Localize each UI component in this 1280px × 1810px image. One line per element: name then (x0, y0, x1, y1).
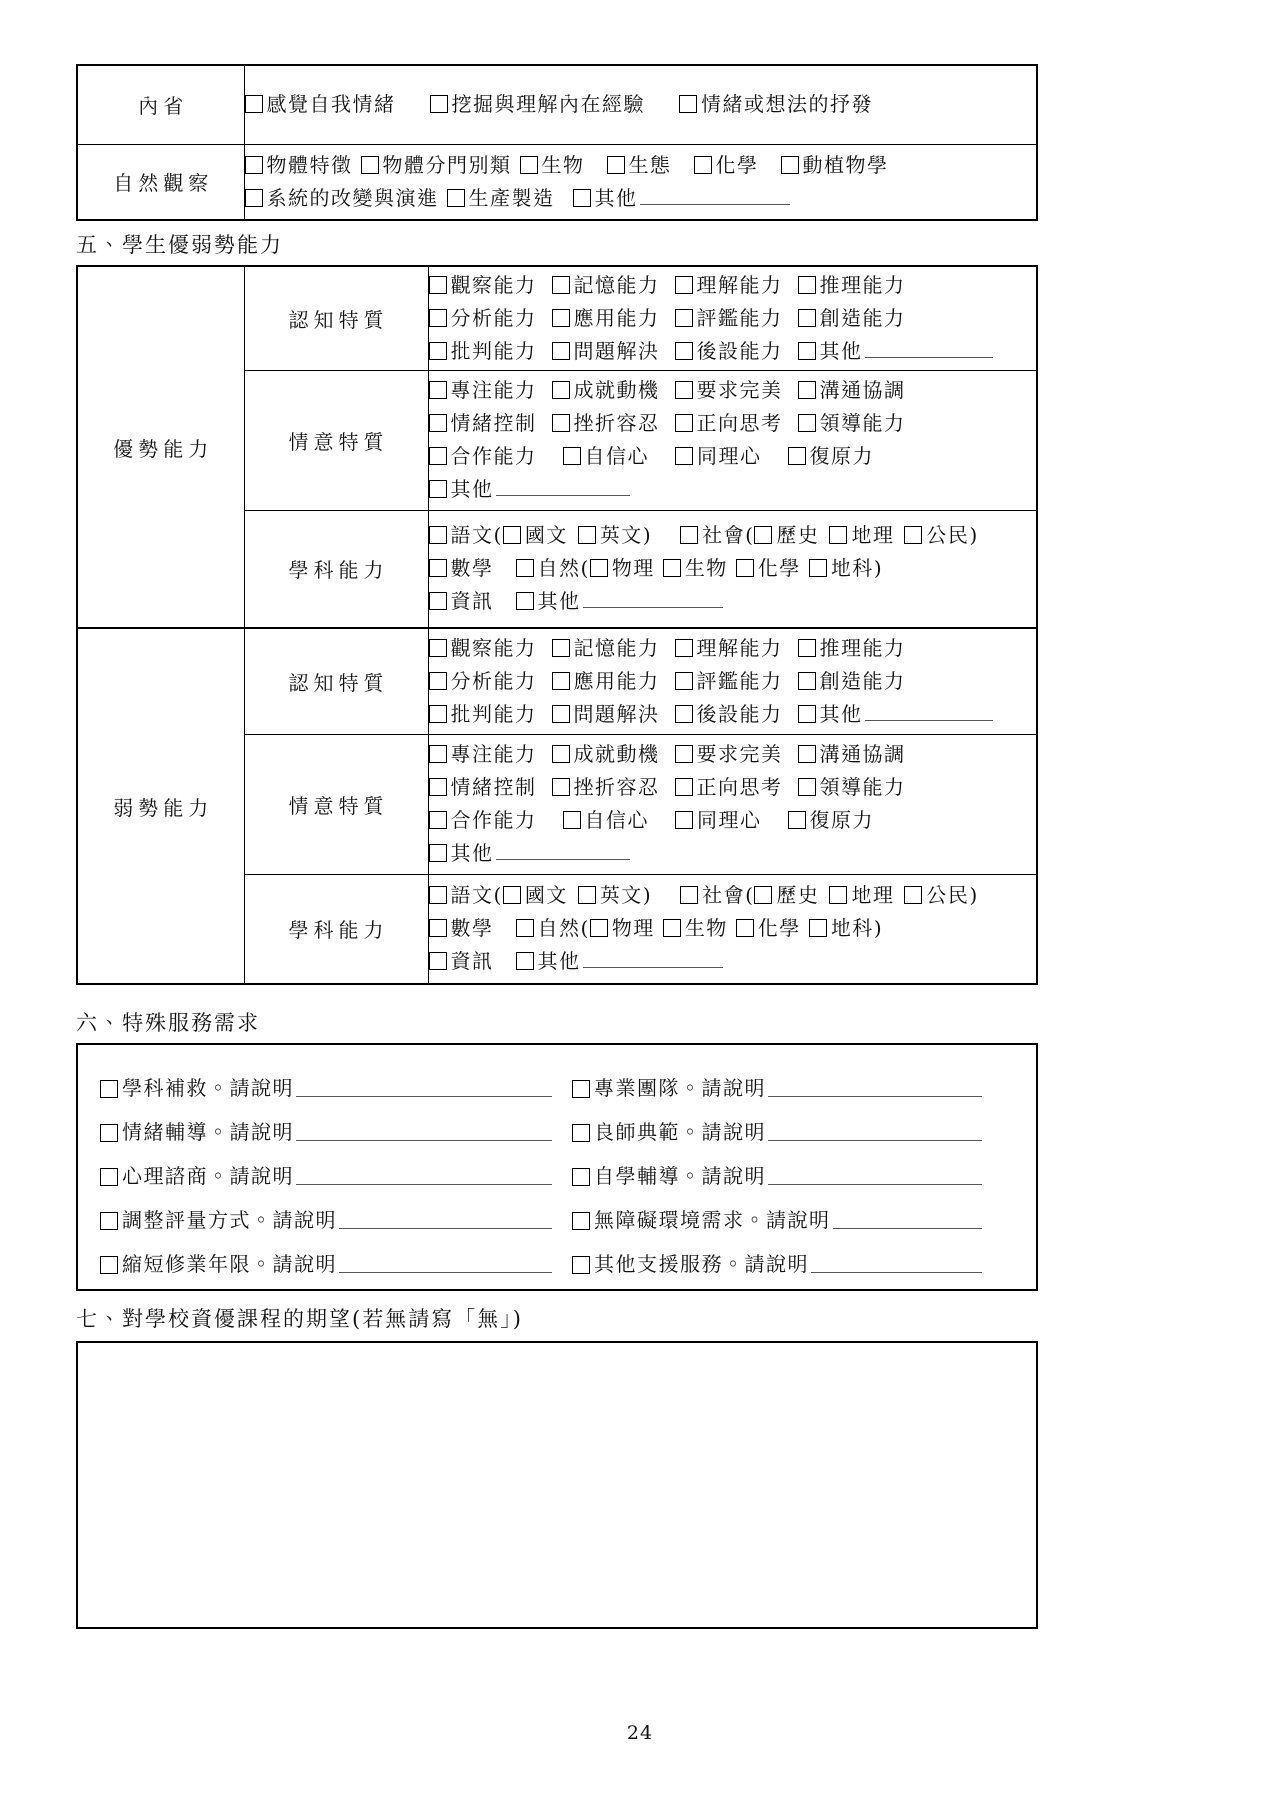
checkbox[interactable] (573, 189, 591, 207)
checkbox[interactable] (552, 745, 570, 763)
checkbox-label: 歷史 (776, 883, 819, 907)
section-title-strength-weakness: 五、學生優弱勢能力 (76, 231, 1038, 259)
fill-in-line[interactable] (811, 1272, 982, 1273)
checkbox[interactable] (520, 156, 538, 174)
service-row: 心理諮商。請說明自學輔導。請說明 (100, 1145, 982, 1189)
checkbox-label: 專業團隊。請說明 (594, 1075, 766, 1101)
checkbox[interactable] (429, 480, 447, 498)
checkbox[interactable] (429, 381, 447, 399)
checkbox-option: 合作能力 (429, 804, 537, 837)
checkbox[interactable] (663, 559, 681, 577)
checkbox-label: 要求完美 (697, 378, 783, 402)
checkbox-option: 同理心 (675, 440, 762, 473)
section-title-special-services: 六、特殊服務需求 (76, 1009, 1038, 1037)
option-line: 數學自然(物理生物化學地科) (429, 552, 1037, 585)
checkbox[interactable] (675, 414, 693, 432)
checkbox-label: 語文 (451, 523, 494, 547)
checkbox[interactable] (798, 414, 816, 432)
checkbox[interactable] (809, 919, 827, 937)
checkbox-label: 成就動機 (574, 378, 660, 402)
checkbox-option: 物體特徵 (245, 149, 353, 182)
checkbox[interactable] (429, 919, 447, 937)
checkbox-option: 自信心 (563, 440, 650, 473)
checkbox-label: 復原力 (810, 808, 875, 832)
checkbox-option: 公民 (904, 879, 969, 912)
checkbox[interactable] (679, 95, 697, 113)
checkbox-label: 自信心 (585, 808, 650, 832)
checkbox[interactable] (572, 1080, 590, 1098)
checkbox[interactable] (590, 919, 608, 937)
checkbox[interactable] (429, 559, 447, 577)
checkbox-option: 評鑑能力 (675, 665, 798, 698)
checkbox-label: 物理 (612, 556, 655, 580)
options-cell: 語文(國文英文)社會(歷史地理公民)數學自然(物理生物化學地科)資訊其他 (428, 510, 1037, 628)
checkbox-option: 物理 (590, 912, 655, 945)
checkbox-option: 歷史 (754, 879, 819, 912)
checkbox[interactable] (429, 672, 447, 690)
checkbox-label: 正向思考 (697, 411, 783, 435)
paren-text: ) (874, 552, 883, 585)
checkbox-label: 其他 (538, 949, 581, 973)
checkbox-label: 記憶能力 (574, 636, 660, 660)
checkbox-option: 生態 (607, 149, 672, 182)
fill-in-line[interactable] (339, 1228, 552, 1229)
checkbox[interactable] (736, 919, 754, 937)
paren-text: ( (581, 912, 590, 945)
checkbox-label: 國文 (525, 523, 568, 547)
fill-in-line[interactable] (640, 190, 790, 205)
checkbox[interactable] (429, 276, 447, 294)
checkbox[interactable] (503, 886, 521, 904)
checkbox-label: 領導能力 (820, 775, 906, 799)
checkbox-label: 資訊 (451, 589, 494, 613)
checkbox-option: 復原力 (788, 804, 875, 837)
checkbox[interactable] (829, 526, 847, 544)
checkbox-label: 其他 (451, 841, 494, 865)
checkbox-label: 情緒控制 (451, 411, 537, 435)
option-line: 資訊其他 (429, 945, 1037, 978)
checkbox[interactable] (245, 189, 263, 207)
fill-in-line[interactable] (833, 1228, 983, 1229)
checkbox[interactable] (100, 1080, 118, 1098)
checkbox-label: 問題解決 (574, 702, 660, 726)
checkbox-option: 語文 (429, 519, 494, 552)
checkbox[interactable] (429, 952, 447, 970)
checkbox-label: 化學 (758, 556, 801, 580)
checkbox[interactable] (829, 886, 847, 904)
option-line: 專注能力成就動機要求完美溝通協調 (429, 738, 1037, 771)
checkbox-label: 其他 (538, 589, 581, 613)
checkbox-label: 專注能力 (451, 378, 537, 402)
checkbox[interactable] (675, 745, 693, 763)
option-line: 情緒控制挫折容忍正向思考領導能力 (429, 407, 1037, 440)
paren-text: ( (745, 519, 754, 552)
row-header: 自然觀察 (77, 144, 244, 220)
checkbox-label: 領導能力 (820, 411, 906, 435)
checkbox-option: 數學 (429, 912, 494, 945)
row-header: 情意特質 (244, 370, 428, 510)
option-line: 批判能力問題解決後設能力其他 (429, 698, 1037, 731)
checkbox-option: 其他 (573, 182, 790, 215)
checkbox-label: 批判能力 (451, 339, 537, 363)
checkbox[interactable] (552, 276, 570, 294)
checkbox-option: 語文 (429, 879, 494, 912)
service-option: 調整評量方式。請說明 (100, 1189, 552, 1233)
checkbox-option: 其他 (516, 945, 723, 978)
checkbox[interactable] (680, 886, 698, 904)
checkbox-label: 應用能力 (574, 669, 660, 693)
form-page: 內省感覺自我情緒挖掘與理解內在經驗情緒或想法的抒發自然觀察物體特徵物體分門別類生… (0, 0, 1280, 1810)
paren-text: ( (494, 519, 503, 552)
checkbox[interactable] (429, 639, 447, 657)
checkbox[interactable] (429, 705, 447, 723)
checkbox[interactable] (675, 639, 693, 657)
checkbox[interactable] (572, 1168, 590, 1186)
checkbox-label: 理解能力 (697, 636, 783, 660)
checkbox-option: 記憶能力 (552, 632, 675, 665)
checkbox-option: 成就動機 (552, 374, 675, 407)
checkbox[interactable] (798, 705, 816, 723)
checkbox-label: 理解能力 (697, 273, 783, 297)
checkbox[interactable] (552, 309, 570, 327)
checkbox[interactable] (798, 381, 816, 399)
checkbox-label: 其他 (451, 477, 494, 501)
checkbox-label: 社會 (702, 883, 745, 907)
checkbox[interactable] (516, 952, 534, 970)
checkbox-label: 生物 (685, 916, 728, 940)
service-row: 學科補救。請說明專業團隊。請說明 (100, 1057, 982, 1101)
checkbox-option: 生物 (663, 552, 728, 585)
checkbox-label: 評鑑能力 (697, 306, 783, 330)
checkbox[interactable] (552, 672, 570, 690)
checkbox-option: 其他 (798, 698, 993, 731)
checkbox[interactable] (754, 886, 772, 904)
fill-in-line[interactable] (296, 1184, 552, 1185)
checkbox-option: 數學 (429, 552, 494, 585)
checkbox-option: 化學 (736, 552, 801, 585)
checkbox-option: 其他 (429, 837, 630, 870)
checkbox[interactable] (675, 811, 693, 829)
checkbox[interactable] (552, 778, 570, 796)
checkbox[interactable] (680, 526, 698, 544)
checkbox-label: 要求完美 (697, 742, 783, 766)
row-header: 學科能力 (244, 874, 428, 984)
checkbox-label: 溝通協調 (820, 742, 906, 766)
checkbox-option: 地理 (829, 879, 894, 912)
checkbox-option: 感覺自我情緒 (245, 88, 396, 121)
checkbox[interactable] (578, 526, 596, 544)
checkbox[interactable] (798, 672, 816, 690)
checkbox-option: 其他 (798, 335, 993, 368)
checkbox-option: 領導能力 (798, 771, 906, 804)
checkbox-option: 自然 (516, 552, 581, 585)
checkbox[interactable] (100, 1168, 118, 1186)
checkbox-option: 情緒控制 (429, 407, 552, 440)
checkbox-option: 英文 (578, 519, 643, 552)
service-row: 縮短修業年限。請說明其他支援服務。請說明 (100, 1233, 982, 1277)
row-header: 內省 (77, 65, 244, 144)
checkbox[interactable] (361, 156, 379, 174)
paren-text: ) (969, 519, 978, 552)
checkbox[interactable] (590, 559, 608, 577)
checkbox-label: 學科補救。請說明 (122, 1075, 294, 1101)
checkbox-label: 自然 (538, 556, 581, 580)
fill-in-line[interactable] (768, 1096, 982, 1097)
checkbox-label: 情緒或想法的抒發 (701, 92, 873, 116)
expectations-writein-box[interactable] (76, 1341, 1038, 1629)
checkbox[interactable] (430, 95, 448, 113)
checkbox[interactable] (429, 745, 447, 763)
checkbox-option: 評鑑能力 (675, 302, 798, 335)
checkbox-option: 合作能力 (429, 440, 537, 473)
checkbox-option: 生物 (520, 149, 585, 182)
checkbox[interactable] (904, 526, 922, 544)
checkbox[interactable] (663, 919, 681, 937)
service-option: 專業團隊。請說明 (572, 1057, 982, 1101)
checkbox-label: 批判能力 (451, 702, 537, 726)
checkbox[interactable] (552, 639, 570, 657)
option-line: 分析能力應用能力評鑑能力創造能力 (429, 302, 1037, 335)
page-number: 24 (0, 1722, 1280, 1744)
fill-in-line[interactable] (865, 343, 993, 358)
checkbox[interactable] (552, 414, 570, 432)
fill-in-line[interactable] (865, 706, 993, 721)
fill-in-line[interactable] (496, 845, 630, 860)
checkbox-label: 歷史 (776, 523, 819, 547)
checkbox-label: 正向思考 (697, 775, 783, 799)
checkbox-option: 自信心 (563, 804, 650, 837)
service-row: 情緒輔導。請說明良師典範。請說明 (100, 1101, 982, 1145)
checkbox[interactable] (245, 156, 263, 174)
checkbox-label: 縮短修業年限。請說明 (122, 1251, 337, 1277)
checkbox[interactable] (675, 342, 693, 360)
checkbox[interactable] (563, 811, 581, 829)
checkbox-option: 創造能力 (798, 665, 906, 698)
checkbox-label: 復原力 (810, 444, 875, 468)
checkbox-label: 分析能力 (451, 306, 537, 330)
checkbox-option: 英文 (578, 879, 643, 912)
checkbox[interactable] (516, 592, 534, 610)
checkbox[interactable] (809, 559, 827, 577)
fill-in-line[interactable] (583, 953, 723, 968)
checkbox[interactable] (675, 276, 693, 294)
checkbox[interactable] (675, 672, 693, 690)
checkbox[interactable] (781, 156, 799, 174)
checkbox[interactable] (100, 1256, 118, 1274)
checkbox[interactable] (736, 559, 754, 577)
checkbox[interactable] (798, 639, 816, 657)
checkbox[interactable] (516, 559, 534, 577)
checkbox-option: 公民 (904, 519, 969, 552)
checkbox[interactable] (552, 381, 570, 399)
paren-text: ) (969, 879, 978, 912)
checkbox[interactable] (798, 745, 816, 763)
checkbox-label: 良師典範。請說明 (594, 1119, 766, 1145)
option-line: 合作能力自信心同理心復原力 (429, 440, 1037, 473)
options-cell: 感覺自我情緒挖掘與理解內在經驗情緒或想法的抒發 (244, 65, 1037, 144)
checkbox[interactable] (429, 414, 447, 432)
checkbox-label: 物理 (612, 916, 655, 940)
checkbox-label: 合作能力 (451, 444, 537, 468)
table-row: 優勢能力認知特質觀察能力記憶能力理解能力推理能力分析能力應用能力評鑑能力創造能力… (77, 266, 1037, 370)
checkbox-label: 地理 (851, 883, 894, 907)
checkbox-option: 正向思考 (675, 407, 798, 440)
checkbox-label: 系統的改變與演進 (267, 186, 439, 210)
fill-in-line[interactable] (296, 1140, 552, 1141)
checkbox[interactable] (675, 447, 693, 465)
options-cell: 物體特徵物體分門別類生物生態化學動植物學系統的改變與演進生產製造其他 (244, 144, 1037, 220)
checkbox-option: 後設能力 (675, 335, 798, 368)
checkbox-option: 溝通協調 (798, 374, 906, 407)
checkbox[interactable] (503, 526, 521, 544)
checkbox-option: 批判能力 (429, 335, 552, 368)
checkbox-option: 物理 (590, 552, 655, 585)
checkbox[interactable] (100, 1212, 118, 1230)
section-title-expectations: 七、對學校資優課程的期望(若無請寫「無」) (76, 1305, 1038, 1333)
checkbox[interactable] (675, 778, 693, 796)
checkbox-option: 社會 (680, 879, 745, 912)
checkbox-label: 調整評量方式。請說明 (122, 1207, 337, 1233)
checkbox[interactable] (563, 447, 581, 465)
ability-table: 優勢能力認知特質觀察能力記憶能力理解能力推理能力分析能力應用能力評鑑能力創造能力… (76, 265, 1038, 985)
paren-text: ) (874, 912, 883, 945)
option-line: 其他 (429, 837, 1037, 870)
fill-in-line[interactable] (583, 593, 723, 608)
checkbox-label: 地科 (831, 916, 874, 940)
table-row: 弱勢能力認知特質觀察能力記憶能力理解能力推理能力分析能力應用能力評鑑能力創造能力… (77, 628, 1037, 734)
checkbox-label: 化學 (758, 916, 801, 940)
option-line: 系統的改變與演進生產製造其他 (245, 182, 1037, 215)
checkbox-option: 記憶能力 (552, 269, 675, 302)
checkbox[interactable] (245, 95, 263, 113)
checkbox-option: 理解能力 (675, 269, 798, 302)
checkbox[interactable] (572, 1124, 590, 1142)
checkbox[interactable] (578, 886, 596, 904)
option-line: 資訊其他 (429, 585, 1037, 618)
special-services-box: 學科補救。請說明專業團隊。請說明情緒輔導。請說明良師典範。請說明心理諮商。請說明… (76, 1043, 1038, 1291)
service-option: 無障礙環境需求。請說明 (572, 1189, 982, 1233)
checkbox[interactable] (429, 811, 447, 829)
checkbox[interactable] (429, 342, 447, 360)
checkbox[interactable] (552, 705, 570, 723)
checkbox-label: 地理 (851, 523, 894, 547)
checkbox-label: 英文 (600, 883, 643, 907)
fill-in-line[interactable] (296, 1096, 552, 1097)
option-line: 物體特徵物體分門別類生物生態化學動植物學 (245, 149, 1037, 182)
ability-table-body: 優勢能力認知特質觀察能力記憶能力理解能力推理能力分析能力應用能力評鑑能力創造能力… (77, 266, 1037, 984)
checkbox-label: 數學 (451, 916, 494, 940)
checkbox-label: 物體特徵 (267, 153, 353, 177)
checkbox[interactable] (798, 309, 816, 327)
checkbox-label: 專注能力 (451, 742, 537, 766)
checkbox-option: 批判能力 (429, 698, 552, 731)
option-line: 情緒控制挫折容忍正向思考領導能力 (429, 771, 1037, 804)
checkbox-label: 自然 (538, 916, 581, 940)
checkbox[interactable] (447, 189, 465, 207)
table-row: 自然觀察物體特徵物體分門別類生物生態化學動植物學系統的改變與演進生產製造其他 (77, 144, 1037, 220)
checkbox-label: 無障礙環境需求。請說明 (594, 1207, 831, 1233)
checkbox-option: 理解能力 (675, 632, 798, 665)
checkbox[interactable] (429, 526, 447, 544)
checkbox-option: 地科 (809, 552, 874, 585)
checkbox[interactable] (694, 156, 712, 174)
row-group-header: 優勢能力 (77, 266, 244, 628)
checkbox[interactable] (675, 705, 693, 723)
checkbox-label: 問題解決 (574, 339, 660, 363)
fill-in-line[interactable] (339, 1272, 552, 1273)
checkbox[interactable] (675, 309, 693, 327)
checkbox[interactable] (904, 886, 922, 904)
checkbox-option: 推理能力 (798, 632, 906, 665)
option-line: 感覺自我情緒挖掘與理解內在經驗情緒或想法的抒發 (245, 88, 1037, 121)
checkbox[interactable] (798, 778, 816, 796)
intelligence-table: 內省感覺自我情緒挖掘與理解內在經驗情緒或想法的抒發自然觀察物體特徵物體分門別類生… (76, 64, 1038, 221)
table-row: 內省感覺自我情緒挖掘與理解內在經驗情緒或想法的抒發 (77, 65, 1037, 144)
checkbox[interactable] (788, 447, 806, 465)
checkbox[interactable] (429, 778, 447, 796)
checkbox[interactable] (516, 919, 534, 937)
service-option: 情緒輔導。請說明 (100, 1101, 552, 1145)
checkbox[interactable] (429, 309, 447, 327)
checkbox-label: 其他 (820, 339, 863, 363)
checkbox-option: 復原力 (788, 440, 875, 473)
checkbox[interactable] (572, 1212, 590, 1230)
checkbox-label: 感覺自我情緒 (267, 92, 396, 116)
checkbox-option: 後設能力 (675, 698, 798, 731)
checkbox-label: 生物 (542, 153, 585, 177)
checkbox[interactable] (429, 844, 447, 862)
checkbox-option: 社會 (680, 519, 745, 552)
checkbox[interactable] (798, 276, 816, 294)
option-line: 批判能力問題解決後設能力其他 (429, 335, 1037, 368)
checkbox[interactable] (675, 381, 693, 399)
checkbox[interactable] (429, 447, 447, 465)
checkbox[interactable] (429, 886, 447, 904)
checkbox[interactable] (552, 342, 570, 360)
service-option: 心理諮商。請說明 (100, 1145, 552, 1189)
row-group-header: 弱勢能力 (77, 628, 244, 984)
fill-in-line[interactable] (768, 1184, 982, 1185)
option-line: 觀察能力記憶能力理解能力推理能力 (429, 632, 1037, 665)
checkbox[interactable] (429, 592, 447, 610)
checkbox-option: 挫折容忍 (552, 771, 675, 804)
fill-in-line[interactable] (768, 1140, 982, 1141)
checkbox-option: 國文 (503, 879, 568, 912)
fill-in-line[interactable] (496, 481, 630, 496)
service-option: 學科補救。請說明 (100, 1057, 552, 1101)
checkbox-label: 同理心 (697, 808, 762, 832)
checkbox[interactable] (798, 342, 816, 360)
options-cell: 觀察能力記憶能力理解能力推理能力分析能力應用能力評鑑能力創造能力批判能力問題解決… (428, 266, 1037, 370)
checkbox[interactable] (100, 1124, 118, 1142)
checkbox-option: 分析能力 (429, 302, 552, 335)
checkbox-label: 地科 (831, 556, 874, 580)
checkbox-label: 評鑑能力 (697, 669, 783, 693)
checkbox[interactable] (788, 811, 806, 829)
checkbox-label: 其他 (595, 186, 638, 210)
row-header: 認知特質 (244, 266, 428, 370)
options-cell: 專注能力成就動機要求完美溝通協調情緒控制挫折容忍正向思考領導能力合作能力自信心同… (428, 370, 1037, 510)
checkbox-label: 其他支援服務。請說明 (594, 1251, 809, 1277)
checkbox[interactable] (572, 1256, 590, 1274)
checkbox[interactable] (754, 526, 772, 544)
intelligence-table-body: 內省感覺自我情緒挖掘與理解內在經驗情緒或想法的抒發自然觀察物體特徵物體分門別類生… (77, 65, 1037, 220)
checkbox-label: 社會 (702, 523, 745, 547)
checkbox-option: 生物 (663, 912, 728, 945)
service-option: 其他支援服務。請說明 (572, 1233, 982, 1277)
checkbox[interactable] (607, 156, 625, 174)
option-line: 專注能力成就動機要求完美溝通協調 (429, 374, 1037, 407)
